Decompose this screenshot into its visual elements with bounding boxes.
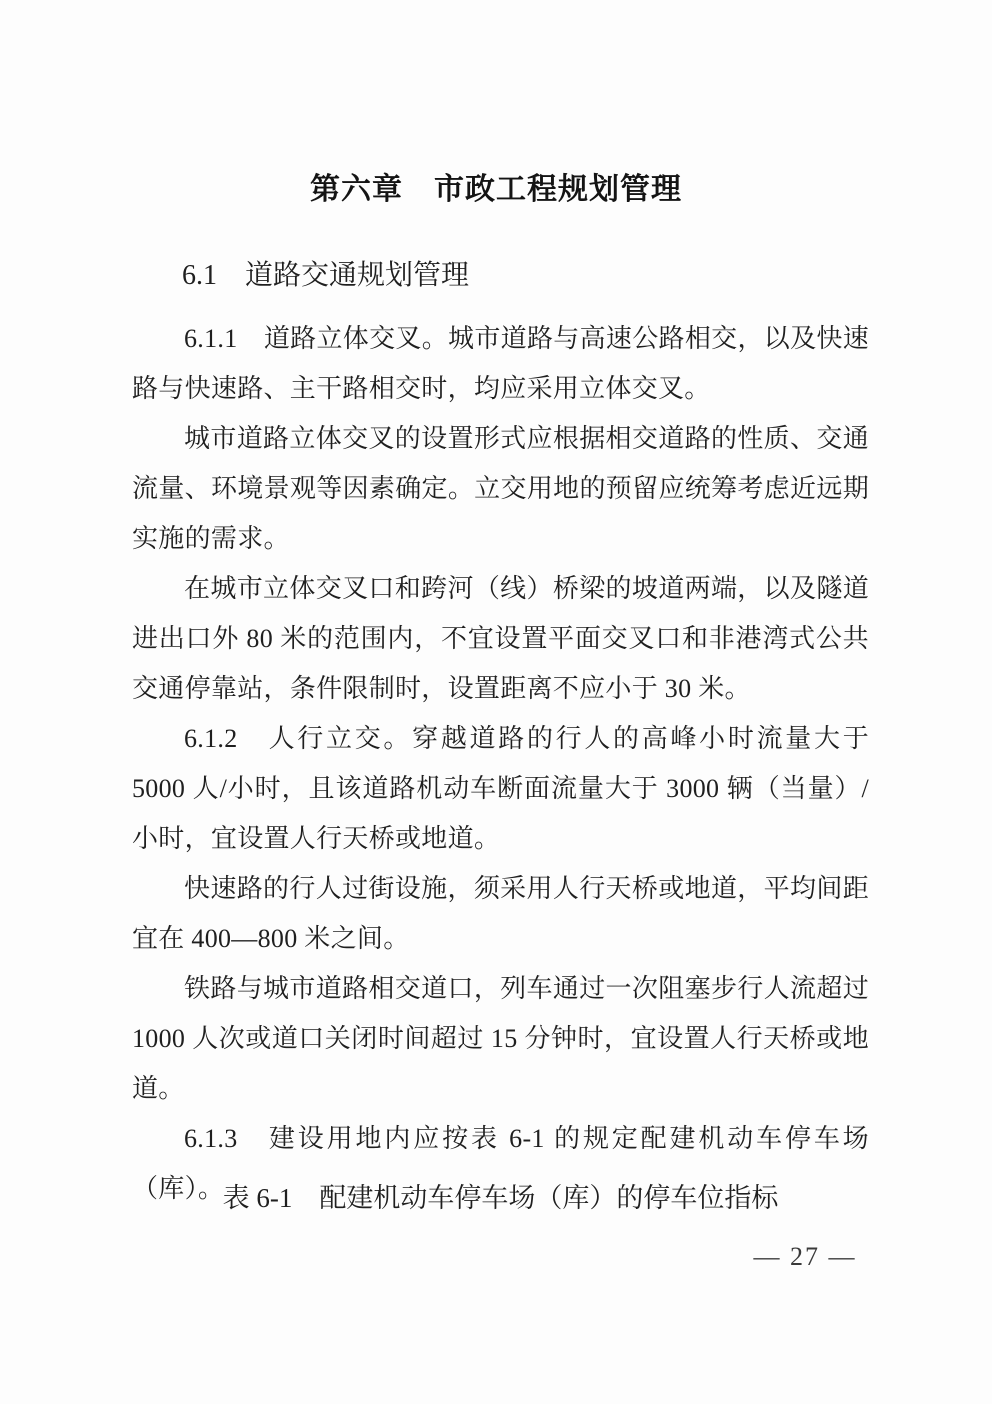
paragraph-railway-crossing: 铁路与城市道路相交道口，列车通过一次阻塞步行人流超过 1000 人次或道口关闭时… — [132, 964, 869, 1114]
chapter-title: 第六章 市政工程规划管理 — [0, 170, 992, 210]
page-number: — 27 — — [705, 1240, 905, 1274]
body-text: 6.1.1 道路立体交叉。城市道路与高速公路相交，以及快速路与快速路、主干路相交… — [132, 314, 869, 1214]
paragraph-interchange-form: 城市道路立体交叉的设置形式应根据相交道路的性质、交通流量、环境景观等因素确定。立… — [132, 414, 869, 564]
section-heading: 6.1 道路交通规划管理 — [132, 256, 869, 296]
document-page: 第六章 市政工程规划管理 6.1 道路交通规划管理 6.1.1 道路立体交叉。城… — [0, 0, 992, 1404]
paragraph-expressway-crossing: 快速路的行人过街设施，须采用人行天桥或地道，平均间距宜在 400—800 米之间… — [132, 864, 869, 964]
paragraph-6-1-2: 6.1.2 人行立交。穿越道路的行人的高峰小时流量大于 5000 人/小时，且该… — [132, 714, 869, 864]
paragraph-6-1-1: 6.1.1 道路立体交叉。城市道路与高速公路相交，以及快速路与快速路、主干路相交… — [132, 314, 869, 414]
paragraph-interchange-distance: 在城市立体交叉口和跨河（线）桥梁的坡道两端，以及隧道进出口外 80 米的范围内，… — [132, 564, 869, 714]
table-caption: 表 6-1 配建机动车停车场（库）的停车位指标 — [132, 1176, 869, 1220]
